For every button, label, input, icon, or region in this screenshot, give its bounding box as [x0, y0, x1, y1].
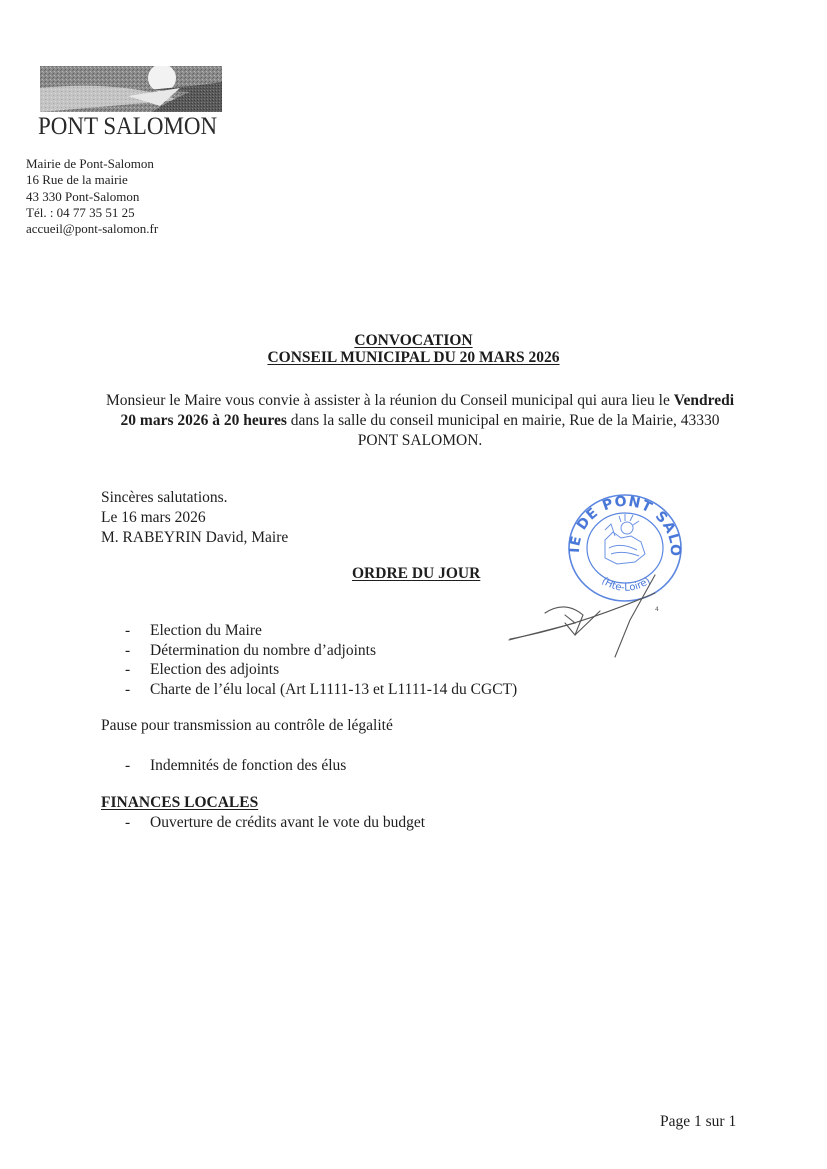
- phone-line: Tél. : 04 77 35 51 25: [26, 205, 158, 221]
- logo-text: PONT SALOMON: [38, 113, 209, 141]
- invitation-text: Monsieur le Maire vous convie à assister…: [106, 392, 674, 409]
- svg-text:4: 4: [655, 606, 659, 613]
- page-number: Page 1 sur 1: [660, 1113, 736, 1131]
- pause-note: Pause pour transmission au contrôle de l…: [101, 717, 393, 735]
- letter-date: Le 16 mars 2026: [101, 508, 288, 528]
- agenda-item-text: Election des adjoints: [150, 660, 279, 680]
- document-title: CONVOCATION: [0, 332, 827, 350]
- bullet-dash: -: [125, 813, 130, 833]
- salutation: Sincères salutations.: [101, 488, 288, 508]
- finances-heading: FINANCES LOCALES: [101, 794, 258, 812]
- address-line: 16 Rue de la mairie: [26, 172, 158, 188]
- bullet-dash: -: [125, 756, 130, 776]
- mairie-address: Mairie de Pont-Salomon 16 Rue de la mair…: [26, 156, 158, 237]
- mayor-signature: 4: [505, 545, 670, 660]
- agenda-heading: ORDRE DU JOUR: [352, 565, 480, 583]
- agenda-item-text: Détermination du nombre d’adjoints: [150, 641, 376, 661]
- bullet-dash: -: [125, 641, 130, 661]
- agenda-item-text: Election du Maire: [150, 621, 262, 641]
- address-line: 43 330 Pont-Salomon: [26, 189, 158, 205]
- logo-landscape-image: [40, 66, 222, 112]
- closing-block: Sincères salutations. Le 16 mars 2026 M.…: [101, 488, 288, 548]
- logo-bar: [40, 145, 222, 151]
- invitation-location: dans la salle du conseil municipal en ma…: [287, 412, 720, 449]
- invitation-paragraph: Monsieur le Maire vous convie à assister…: [100, 391, 740, 451]
- bullet-dash: -: [125, 680, 130, 700]
- bullet-dash: -: [125, 621, 130, 641]
- address-line: Mairie de Pont-Salomon: [26, 156, 158, 172]
- pont-salomon-logo: PONT SALOMON: [40, 66, 222, 152]
- agenda-item-text: Indemnités de fonction des élus: [150, 756, 346, 776]
- signatory: M. RABEYRIN David, Maire: [101, 528, 288, 548]
- bullet-dash: -: [125, 660, 130, 680]
- agenda-item-text: Ouverture de crédits avant le vote du bu…: [150, 813, 425, 833]
- document-subtitle: CONSEIL MUNICIPAL DU 20 MARS 2026: [0, 349, 827, 367]
- agenda-item-text: Charte de l’élu local (Art L1111-13 et L…: [150, 680, 517, 700]
- email-line: accueil@pont-salomon.fr: [26, 221, 158, 237]
